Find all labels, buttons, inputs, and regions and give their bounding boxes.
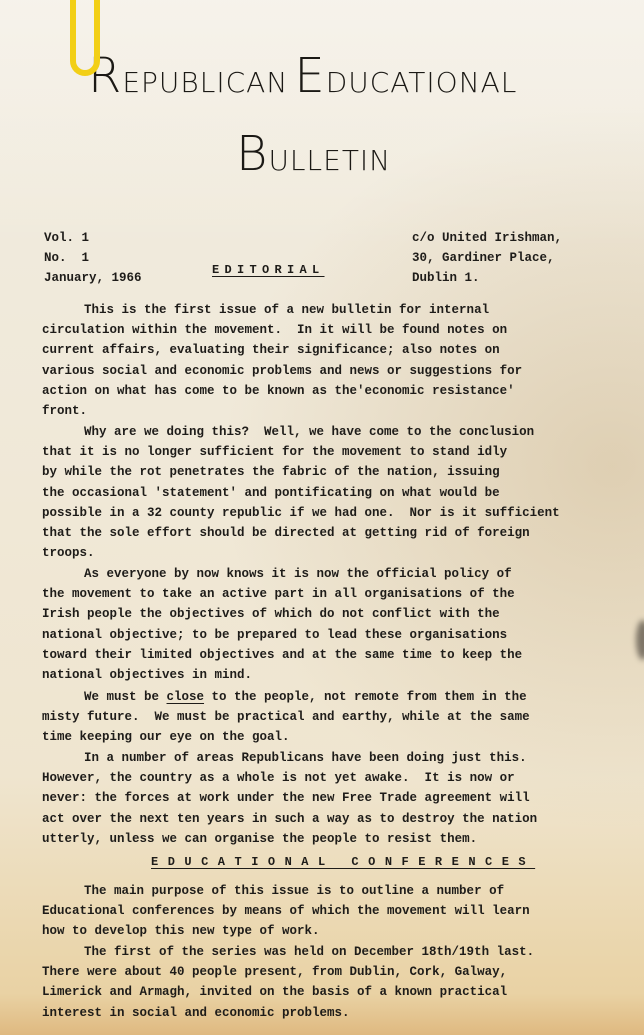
paperclip-icon	[70, 0, 100, 76]
title-word-republican: EPUBLICAN	[122, 66, 288, 99]
editorial-paragraph-1: This is the first issue of a new bulleti…	[42, 300, 522, 421]
text-line: front.	[42, 401, 522, 421]
text-line: action on what has come to be known as t…	[42, 381, 522, 401]
address-block: c/o United Irishman, 30, Gardiner Place,…	[412, 228, 562, 288]
text-line: However, the country as a whole is not y…	[42, 768, 537, 788]
text-line: Limerick and Armagh, invited on the basi…	[42, 982, 534, 1002]
issue-info: Vol. 1 No. 1 January, 1966	[44, 228, 142, 288]
text-line: national objective; to be prepared to le…	[42, 625, 522, 645]
issue-number: No. 1	[44, 248, 142, 268]
volume: Vol. 1	[44, 228, 142, 248]
editorial-paragraph-4: We must be close to the people, not remo…	[42, 687, 530, 748]
text-line: misty future. We must be practical and e…	[42, 707, 530, 727]
text-line: the occasional 'statement' and pontifica…	[42, 483, 560, 503]
text-line: that it is no longer sufficient for the …	[42, 442, 560, 462]
address-line: 30, Gardiner Place,	[412, 248, 562, 268]
title-line-1: REPUBLICAN EDUCATIONAL	[88, 52, 517, 100]
conferences-heading: EDUCATIONAL CONFERENCES	[151, 855, 535, 869]
title-cap-e: E	[294, 48, 325, 104]
text-line: how to develop this new type of work.	[42, 921, 530, 941]
conferences-paragraph-2: The first of the series was held on Dece…	[42, 942, 534, 1023]
text-line: This is the first issue of a new bulleti…	[42, 300, 522, 320]
text-line: current affairs, evaluating their signif…	[42, 340, 522, 360]
text-line: Why are we doing this? Well, we have com…	[42, 422, 560, 442]
issue-date: January, 1966	[44, 268, 142, 288]
text-line: the movement to take an active part in a…	[42, 584, 522, 604]
text-line: The main purpose of this issue is to out…	[42, 881, 530, 901]
editorial-heading: EDITORIAL	[212, 263, 325, 277]
text-fragment: to the people, not remote from them in t…	[204, 690, 527, 704]
title-cap-b: B	[236, 126, 268, 182]
editorial-paragraph-2: Why are we doing this? Well, we have com…	[42, 422, 560, 563]
text-line: by while the rot penetrates the fabric o…	[42, 462, 560, 482]
text-line: Educational conferences by means of whic…	[42, 901, 530, 921]
text-line: circulation within the movement. In it w…	[42, 320, 522, 340]
text-fragment: We must be	[84, 690, 167, 704]
text-line: that the sole effort should be directed …	[42, 523, 560, 543]
text-line: utterly, unless we can organise the peop…	[42, 829, 537, 849]
title-word-bulletin: ULLETIN	[268, 144, 391, 177]
text-line: time keeping our eye on the goal.	[42, 727, 530, 747]
conferences-paragraph-1: The main purpose of this issue is to out…	[42, 881, 530, 942]
text-line: There were about 40 people present, from…	[42, 962, 534, 982]
text-line: We must be close to the people, not remo…	[42, 687, 530, 707]
text-line: act over the next ten years in such a wa…	[42, 809, 537, 829]
text-line: In a number of areas Republicans have be…	[42, 748, 537, 768]
text-line: national objectives in mind.	[42, 665, 522, 685]
text-line: various social and economic problems and…	[42, 361, 522, 381]
text-line: never: the forces at work under the new …	[42, 788, 537, 808]
underlined-word: close	[167, 690, 205, 704]
text-line: As everyone by now knows it is now the o…	[42, 564, 522, 584]
address-line: Dublin 1.	[412, 268, 562, 288]
title-word-educational: DUCATIONAL	[326, 66, 518, 99]
text-line: Irish people the objectives of which do …	[42, 604, 522, 624]
address-line: c/o United Irishman,	[412, 228, 562, 248]
text-line: interest in social and economic problems…	[42, 1003, 534, 1023]
edge-shadow	[636, 620, 644, 660]
text-line: troops.	[42, 543, 560, 563]
text-line: The first of the series was held on Dece…	[42, 942, 534, 962]
text-line: possible in a 32 county republic if we h…	[42, 503, 560, 523]
editorial-paragraph-5: In a number of areas Republicans have be…	[42, 748, 537, 849]
text-line: toward their limited objectives and at t…	[42, 645, 522, 665]
title-line-2: BULLETIN	[236, 130, 391, 178]
editorial-paragraph-3: As everyone by now knows it is now the o…	[42, 564, 522, 685]
